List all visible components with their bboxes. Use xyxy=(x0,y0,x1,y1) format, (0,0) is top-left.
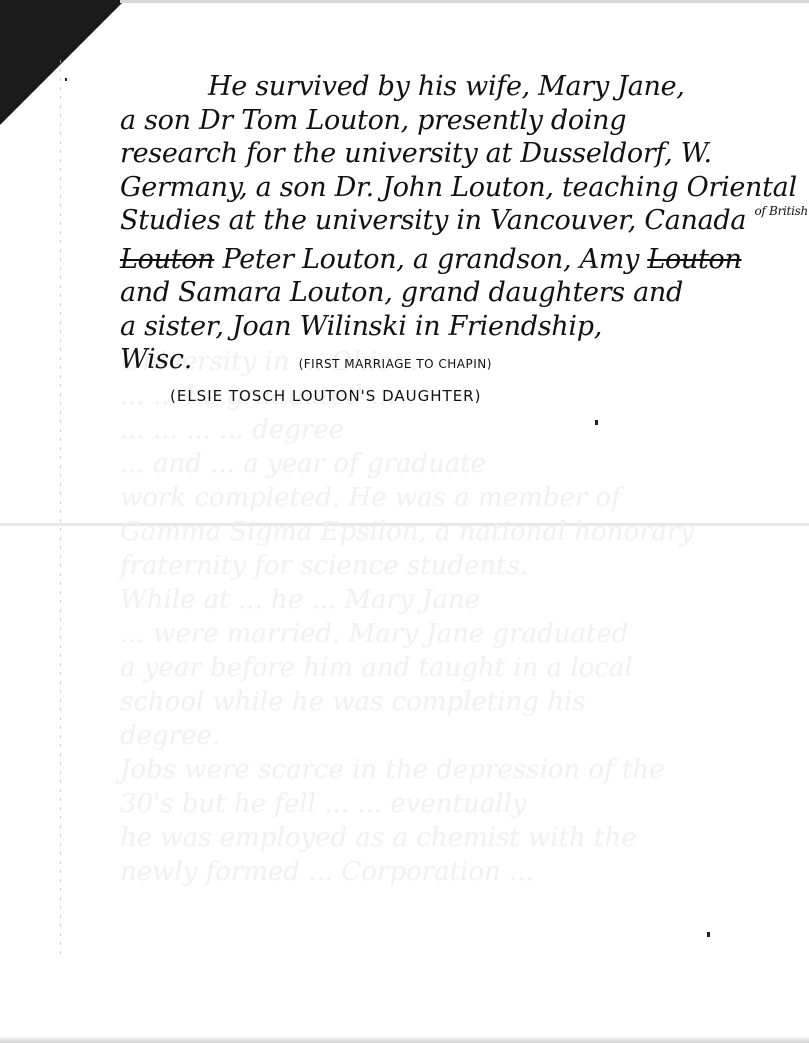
line-1: He survived by his wife, Mary Jane, xyxy=(120,70,809,104)
line-2: a son Dr Tom Louton, presently doing xyxy=(120,104,809,138)
line-text: Peter Louton, a grandson, Amy xyxy=(223,244,639,275)
struck-word: Louton xyxy=(120,244,214,275)
bleed-line: he was employed as a chemist with the xyxy=(120,821,809,855)
annotation-first-marriage: (FIRST MARRIAGE TO CHAPIN) xyxy=(299,357,492,371)
scan-speck xyxy=(707,932,710,937)
margin-guide-line xyxy=(60,60,61,960)
line-4: Germany, a son Dr. John Louton, teaching… xyxy=(120,171,809,205)
bleed-line: newly formed ... Corporation ... xyxy=(120,855,809,889)
line-3: research for the university at Dusseldor… xyxy=(120,137,809,171)
bleed-line: ... ... ... ... degree xyxy=(120,413,809,447)
bleed-line: While at ... he ... Mary Jane xyxy=(120,583,809,617)
bleed-line: 30's but he fell ... ... eventually xyxy=(120,787,809,821)
struck-word: Louton xyxy=(647,244,741,275)
insertion-british-columbia: of British Columbia xyxy=(754,204,809,218)
bleed-line: ... were married. Mary Jane graduated xyxy=(120,617,809,651)
page-top-edge xyxy=(120,0,809,3)
line-text: Wisc. xyxy=(120,344,192,375)
line-text: Studies at the university in Vancouver, … xyxy=(120,205,746,236)
bleed-line: school while he was completing his xyxy=(120,685,809,719)
line-6: Louton Peter Louton, a grandson, Amy Lou… xyxy=(120,243,809,277)
bleed-through-text: University in ... Ohio ... ... ... he gr… xyxy=(120,345,809,889)
bleed-line: fraternity for science students. xyxy=(120,549,809,583)
bleed-line: degree. xyxy=(120,719,809,753)
scan-speck xyxy=(65,78,67,81)
bleed-line: ... and ... a year of graduate xyxy=(120,447,809,481)
bleed-line: a year before him and taught in a local xyxy=(120,651,809,685)
bleed-line: work completed. He was a member of xyxy=(120,481,809,515)
page-bottom-edge xyxy=(0,1036,809,1043)
line-5: Studies at the university in Vancouver, … xyxy=(120,204,809,243)
bleed-line: Jobs were scarce in the depression of th… xyxy=(120,753,809,787)
bleed-line: Gamma Sigma Epsilon, a national honorary xyxy=(120,515,809,549)
line-7: and Samara Louton, grand daughters and xyxy=(120,276,809,310)
scan-corner-fold xyxy=(0,0,125,125)
line-8: a sister, Joan Wilinski in Friendship, xyxy=(120,310,809,344)
annotation-elsie-tosch: (ELSIE TOSCH LOUTON'S DAUGHTER) xyxy=(170,387,481,405)
handwritten-paragraph: He survived by his wife, Mary Jane, a so… xyxy=(120,70,809,413)
line-text: He survived by his wife, Mary Jane, xyxy=(208,71,685,102)
scan-speck xyxy=(595,420,598,425)
line-10: (ELSIE TOSCH LOUTON'S DAUGHTER) xyxy=(120,376,809,414)
